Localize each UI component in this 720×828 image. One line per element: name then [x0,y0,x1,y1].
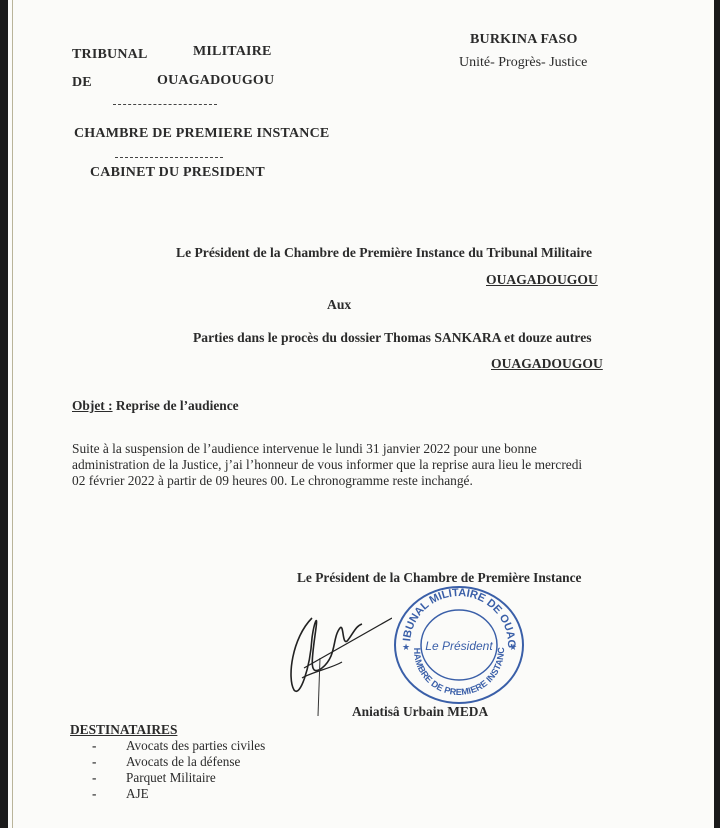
svg-text:★: ★ [402,642,410,652]
recipients-heading: DESTINATAIRES [70,722,177,738]
svg-text:★: ★ [509,642,517,652]
separator-dashes [115,157,223,158]
list-item: Avocats de la défense [92,754,265,770]
body-line-3: 02 février 2022 à partir de 09 heures 00… [72,473,473,489]
recipient-prefix: Aux [327,297,351,313]
list-item: Parquet Militaire [92,770,265,786]
list-item: Avocats des parties civiles [92,738,265,754]
separator-dashes [113,104,217,105]
subject-line: Objet : Reprise de l’audience [72,398,239,414]
body-line-2: administration de la Justice, j’ai l’hon… [72,457,582,473]
header-chamber: CHAMBRE DE PREMIERE INSTANCE [74,126,329,142]
subject-text: Reprise de l’audience [113,398,239,413]
header-country: BURKINA FASO [470,32,578,48]
signatory-name: Aniatisâ Urbain MEDA [352,704,488,720]
header-ouagadougou: OUAGADOUGOU [157,73,274,89]
recipients-list: Avocats des parties civiles Avocats de l… [92,738,265,802]
list-item: AJE [92,786,265,802]
subject-label: Objet : [72,398,113,413]
recipient-city: OUAGADOUGOU [491,356,603,372]
sender-city: OUAGADOUGOU [486,272,598,288]
handwritten-signature-icon [282,598,392,718]
header-de: DE [72,75,92,91]
svg-text:Le Président: Le Président [425,639,493,653]
header-tribunal: TRIBUNAL [72,47,148,63]
sender-title: Le Président de la Chambre de Première I… [176,245,592,261]
page-edge-line [12,0,13,828]
recipient-parties: Parties dans le procès du dossier Thomas… [193,330,592,346]
body-line-1: Suite à la suspension de l’audience inte… [72,441,537,457]
header-cabinet: CABINET DU PRESIDENT [90,165,265,181]
header-motto: Unité- Progrès- Justice [459,55,587,71]
official-stamp-icon: TRIBUNAL MILITAIRE DE OUAGA CHAMBRE DE P… [392,584,526,706]
header-militaire: MILITAIRE [193,44,272,60]
